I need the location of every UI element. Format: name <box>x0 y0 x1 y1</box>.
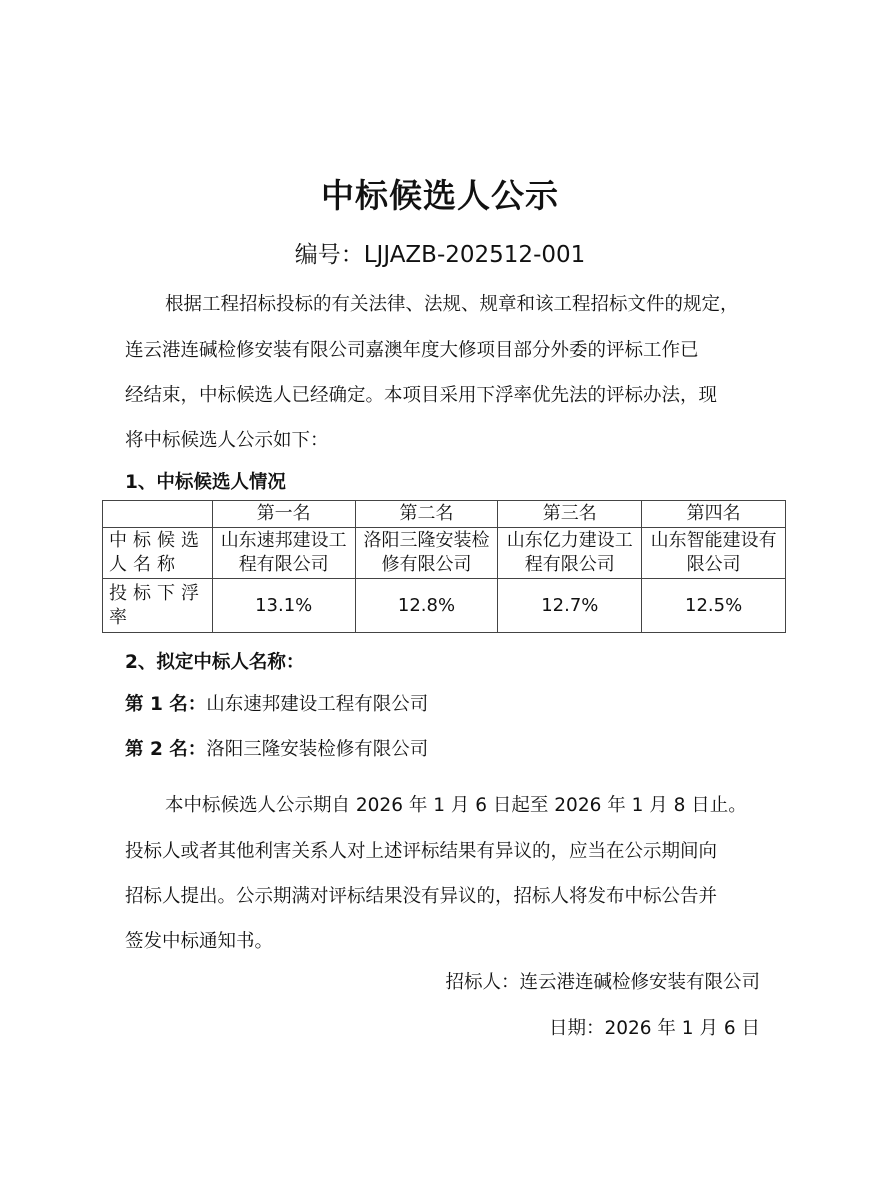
table-cell: 12.5% <box>642 579 786 633</box>
section1-heading: 1、中标候选人情况 <box>125 468 286 494</box>
intro-line-4: 将中标候选人公示如下： <box>125 426 329 452</box>
intro-line-2: 连云港连碱检修安装有限公司嘉澳年度大修项目部分外委的评标工作已 <box>125 336 699 362</box>
notice-line-1: 本中标候选人公示期自 2026 年 1 月 6 日起至 2026 年 1 月 8… <box>165 791 747 817</box>
table-row: 投标下浮率 13.1% 12.8% 12.7% 12.5% <box>103 579 786 633</box>
table-header-cell: 第三名 <box>498 501 642 528</box>
document-number: 编号：LJJAZB-202512-001 <box>0 236 880 269</box>
table-cell: 山东智能建设有限公司 <box>642 528 786 579</box>
table-header-cell <box>103 501 213 528</box>
table-header-row: 第一名 第二名 第三名 第四名 <box>103 501 786 528</box>
winner-2: 第 2 名：洛阳三隆安装检修有限公司 <box>125 735 428 761</box>
winner-rank: 第 1 名： <box>125 694 206 715</box>
table-row: 中标候选人名称 山东速邦建设工程有限公司 洛阳三隆安装检修有限公司 山东亿力建设… <box>103 528 786 579</box>
table-header-cell: 第四名 <box>642 501 786 528</box>
table-header-cell: 第二名 <box>355 501 498 528</box>
tenderer-signature: 招标人：连云港连碱检修安装有限公司 <box>445 968 760 994</box>
notice-line-2: 投标人或者其他利害关系人对上述评标结果有异议的，应当在公示期间向 <box>125 837 717 863</box>
table-cell: 12.8% <box>355 579 498 633</box>
winner-name: 洛阳三隆安装检修有限公司 <box>206 739 428 760</box>
notice-line-4: 签发中标通知书。 <box>125 927 273 953</box>
section2-heading: 2、拟定中标人名称： <box>125 648 304 674</box>
row-label: 中标候选人名称 <box>103 528 213 579</box>
row-label: 投标下浮率 <box>103 579 213 633</box>
table-cell: 山东速邦建设工程有限公司 <box>212 528 355 579</box>
table-header-cell: 第一名 <box>212 501 355 528</box>
winner-rank: 第 2 名： <box>125 739 206 760</box>
candidates-table: 第一名 第二名 第三名 第四名 中标候选人名称 山东速邦建设工程有限公司 洛阳三… <box>102 500 786 633</box>
intro-line-1: 根据工程招标投标的有关法律、法规、规章和该工程招标文件的规定， <box>165 290 739 316</box>
winner-name: 山东速邦建设工程有限公司 <box>206 694 428 715</box>
table-cell: 山东亿力建设工程有限公司 <box>498 528 642 579</box>
notice-line-3: 招标人提出。公示期满对评标结果没有异议的，招标人将发布中标公告并 <box>125 882 717 908</box>
intro-line-3: 经结束，中标候选人已经确定。本项目采用下浮率优先法的评标办法，现 <box>125 381 717 407</box>
table-cell: 12.7% <box>498 579 642 633</box>
signature-date: 日期：2026 年 1 月 6 日 <box>549 1014 760 1040</box>
table-cell: 13.1% <box>212 579 355 633</box>
document-title: 中标候选人公示 <box>0 170 880 217</box>
winner-1: 第 1 名：山东速邦建设工程有限公司 <box>125 690 428 716</box>
table-cell: 洛阳三隆安装检修有限公司 <box>355 528 498 579</box>
